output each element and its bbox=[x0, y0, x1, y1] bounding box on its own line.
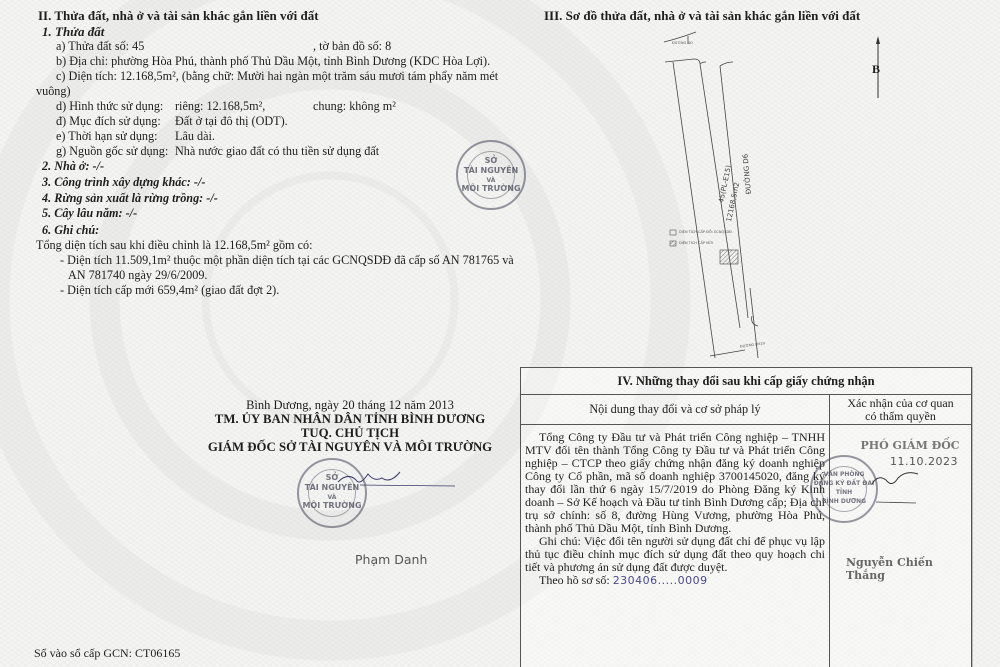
changes-table: IV. Những thay đổi sau khi cấp giấy chứn… bbox=[520, 367, 972, 667]
column-header-confirm-line2: có thẩm quyền bbox=[830, 410, 971, 423]
parcel-map bbox=[640, 28, 900, 358]
notes-item2: - Diện tích cấp mới 659,4m² (giao đất đợ… bbox=[60, 283, 279, 298]
house-item: 2. Nhà ở: -/- bbox=[42, 159, 104, 174]
gcn-entry-number: Số vào sổ cấp GCN: CT06165 bbox=[34, 646, 180, 661]
parcel-number: a) Thửa đất số: 45 bbox=[56, 39, 144, 54]
legend-new: DIỆN TÍCH CẤP MỚI bbox=[679, 241, 713, 245]
road-top-label: ĐƯỜNG NO bbox=[672, 41, 693, 45]
stamp-text: SỞ bbox=[458, 156, 524, 166]
construction-item: 3. Công trình xây dựng khác: -/- bbox=[42, 175, 205, 190]
file-label: Theo hồ sơ số: bbox=[539, 573, 610, 587]
signer-left: Phạm Danh bbox=[355, 552, 427, 567]
perennial-item: 5. Cây lâu năm: -/- bbox=[42, 206, 137, 221]
term-label: e) Thời hạn sử dụng: bbox=[56, 129, 158, 144]
notes-heading: 6. Ghi chú: bbox=[42, 223, 99, 238]
purpose-value: Đất ở tại đô thị (ODT). bbox=[175, 114, 288, 129]
confirm-title: PHÓ GIÁM ĐỐC bbox=[850, 439, 970, 452]
origin-value: Nhà nước giao đất có thu tiền sử dụng đấ… bbox=[175, 144, 379, 159]
authority-line2: TUQ. CHỦ TỊCH bbox=[195, 426, 505, 440]
purpose-label: đ) Mục đích sử dụng: bbox=[56, 114, 161, 129]
change-description: Tổng Công ty Đầu tư và Phát triển Công n… bbox=[525, 431, 825, 535]
forest-item: 4. Rừng sản xuất là rừng trồng: -/- bbox=[42, 191, 218, 206]
address: b) Địa chỉ: phường Hòa Phú, thành phố Th… bbox=[56, 54, 490, 69]
confirm-date: 11.10.2023 bbox=[890, 455, 958, 468]
section2-title: II. Thửa đất, nhà ở và tài sản khác gắn … bbox=[38, 8, 319, 24]
term-value: Lâu dài. bbox=[175, 129, 215, 144]
notes-item1-line1: - Diện tích 11.509,1m² thuộc một phần di… bbox=[60, 253, 514, 268]
authority-line1: TM. ỦY BAN NHÂN DÂN TỈNH BÌNH DƯƠNG bbox=[195, 412, 505, 426]
usage-private: riêng: 12.168,5m², bbox=[175, 99, 265, 114]
stamp-text: MÔI TRƯỜNG bbox=[458, 184, 524, 194]
notes-item1-line2: AN 781740 ngày 29/6/2009. bbox=[68, 268, 207, 283]
origin-label: g) Nguồn gốc sử dụng: bbox=[56, 144, 168, 159]
usage-form-label: d) Hình thức sử dụng: bbox=[56, 99, 163, 114]
section3-title: III. Sơ đồ thửa đất, nhà ở và tài sản kh… bbox=[544, 8, 860, 24]
signature-block-left: Bình Dương, ngày 20 tháng 12 năm 2013 TM… bbox=[195, 398, 505, 454]
place-date: Bình Dương, ngày 20 tháng 12 năm 2013 bbox=[195, 398, 505, 412]
area-line2: vuông) bbox=[36, 84, 71, 99]
column-header-content: Nội dung thay đổi và cơ sở pháp lý bbox=[521, 395, 830, 424]
notes-total: Tổng diện tích sau khi điều chỉnh là 12.… bbox=[36, 238, 312, 253]
authority-line3: GIÁM ĐỐC SỞ TÀI NGUYÊN VÀ MÔI TRƯỜNG bbox=[195, 440, 505, 454]
area-line1: c) Diện tích: 12.168,5m², (bằng chữ: Mườ… bbox=[56, 69, 498, 84]
file-number: 230406.....0009 bbox=[613, 574, 708, 587]
file-reference: Theo hồ sơ số: 230406.....0009 bbox=[525, 574, 825, 587]
stamp-text: BÌNH DƯƠNG bbox=[812, 497, 876, 507]
land-heading: 1. Thửa đất bbox=[42, 24, 104, 39]
changes-table-title: IV. Những thay đổi sau khi cấp giấy chứn… bbox=[521, 368, 971, 395]
signature-scribble-right bbox=[870, 470, 950, 510]
legend-existing: DIỆN TÍCH CẤP ĐỔI GCNQSDĐ bbox=[679, 230, 732, 234]
stamp-text: TÀI NGUYÊN bbox=[458, 166, 524, 176]
north-arrow-label: B bbox=[872, 62, 880, 77]
change-content-cell: Tổng Công ty Đầu tư và Phát triển Công n… bbox=[521, 425, 830, 667]
stamp-land-registry: VĂN PHÒNG ĐĂNG KÝ ĐẤT ĐAI TỈNH BÌNH DƯƠN… bbox=[810, 455, 878, 523]
stamp-department-resources: SỞ TÀI NGUYÊN VÀ MÔI TRƯỜNG bbox=[456, 140, 526, 210]
usage-shared: chung: không m² bbox=[313, 99, 396, 114]
confirm-signer: Nguyễn Chiến Thắng bbox=[846, 556, 971, 582]
stamp-text: MÔI TRƯỜNG bbox=[299, 501, 365, 511]
table-edge bbox=[972, 367, 973, 667]
map-sheet-number: , tờ bản đồ số: 8 bbox=[313, 39, 391, 54]
signature-scribble-left bbox=[330, 468, 460, 498]
column-header-confirm: Xác nhận của cơ quan có thẩm quyền bbox=[830, 395, 971, 424]
change-note: Ghi chú: Việc đổi tên người sử dụng đất … bbox=[525, 535, 825, 574]
